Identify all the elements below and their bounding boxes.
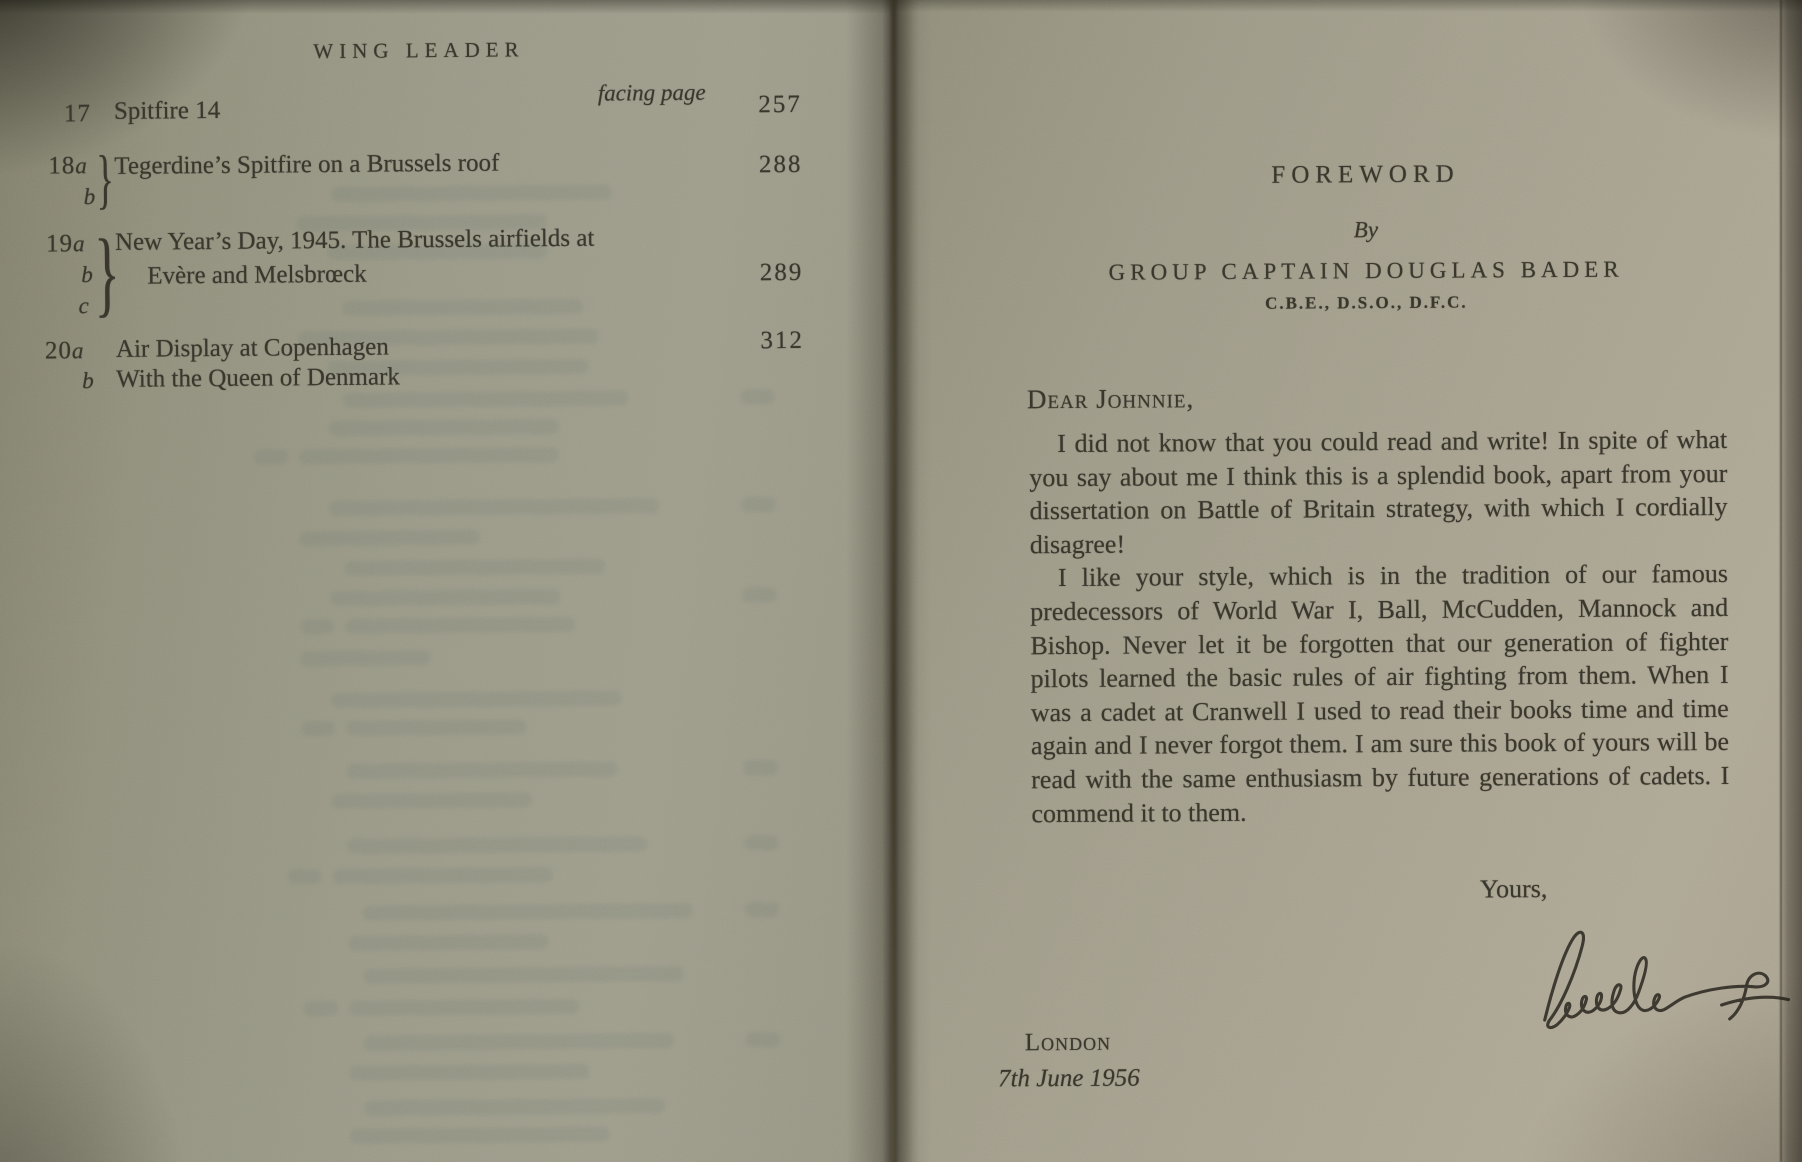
- author-decorations: C.B.E., D.S.O., D.F.C.: [1166, 292, 1566, 314]
- foreword-paragraph: I like your style, which is in the tradi…: [1030, 557, 1730, 830]
- byline-label: By: [1166, 216, 1566, 244]
- open-book-photo: WING LEADER 17 Spitfire 14 facing page 2…: [0, 0, 1802, 1162]
- book-gutter: [846, 0, 932, 1162]
- foreword-heading: FOREWORD: [1165, 160, 1565, 190]
- foreword-body: I did not know that you could read and w…: [1029, 423, 1729, 830]
- salutation: Dear Johnnie,: [1027, 383, 1195, 415]
- douglas-signature: Douglas: [1502, 915, 1799, 1045]
- date-line: 7th June 1956: [998, 1065, 1140, 1094]
- foreword-paragraph: I did not know that you could read and w…: [1029, 423, 1728, 562]
- page-fore-edge: [1778, 0, 1802, 1162]
- place-line: London: [1025, 1029, 1111, 1058]
- signature-stroke: [1544, 931, 1789, 1028]
- author-name: GROUP CAPTAIN DOUGLAS BADER: [1066, 256, 1666, 286]
- gutter-shadow-line: [891, 0, 895, 1162]
- closing: Yours,: [1480, 874, 1548, 904]
